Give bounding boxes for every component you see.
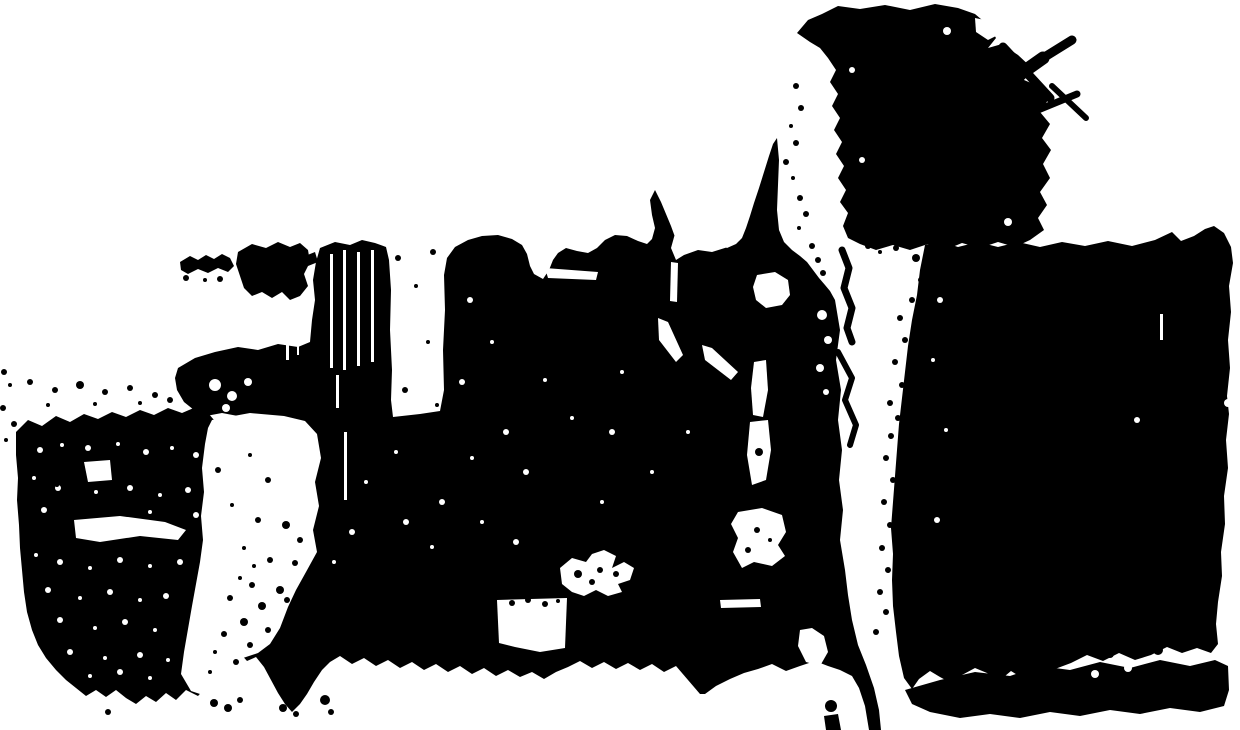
scene-svg: [0, 0, 1240, 730]
sky-dots-dot: [52, 387, 58, 393]
ground-dots-dot: [105, 709, 111, 715]
stripe-slit-3: [357, 252, 360, 366]
channel-right-dots-dot: [902, 337, 908, 343]
panel-specks-dot: [233, 659, 239, 665]
ground-dots-dot: [279, 704, 287, 712]
sky-dots-dot: [127, 385, 133, 391]
margin-dots-dot: [11, 421, 17, 427]
cluster-dots-dot: [509, 600, 515, 606]
shrub-holes-dot: [117, 557, 123, 563]
shrub-holes-dot: [103, 656, 107, 660]
shrub-holes-dot: [41, 507, 47, 513]
panel-specks-dot: [215, 467, 221, 473]
shrub-notch-hole: [84, 460, 112, 482]
right-building-mass: [891, 226, 1233, 689]
panel-specks-dot: [248, 453, 252, 457]
sky-dots-dot: [27, 379, 33, 385]
shrub-holes-dot: [57, 559, 63, 565]
channel-upper-dots-dot: [797, 195, 803, 201]
ground-dots-dot: [237, 697, 243, 703]
margin-dots-dot: [4, 438, 8, 442]
channel-right-dots-dot: [883, 609, 889, 615]
gap-dots-dot: [414, 284, 418, 288]
mass-holes-dot: [244, 378, 252, 386]
panel-specks-dot: [252, 564, 256, 568]
ground-dots-dot: [320, 695, 330, 705]
shrub-holes-dot: [153, 628, 157, 632]
channel-right-dots-dot: [890, 477, 896, 483]
panel-specks-dot: [276, 586, 284, 594]
building-holes-dot: [934, 517, 940, 523]
gap-dots-dot: [395, 255, 401, 261]
panel-specks-dot: [242, 546, 246, 550]
sky-dots-dot: [76, 381, 84, 389]
sky-dots-dot: [46, 403, 50, 407]
pole-gap-cluster: [731, 508, 786, 568]
binarized-photo-stage: [0, 0, 1240, 730]
sky-dots-dot: [152, 392, 158, 398]
margin-dots-dot: [8, 383, 12, 387]
margin-dots-dot: [0, 405, 6, 411]
panel-specks-dot: [238, 576, 242, 580]
panel-specks-dot: [265, 627, 271, 633]
cluster-dots-dot: [542, 601, 548, 607]
mass-holes-dot: [490, 340, 494, 344]
building-slit: [1160, 314, 1163, 340]
gap-dots-dot: [430, 249, 436, 255]
channel-right-dots-dot: [909, 297, 915, 303]
panel-specks-dot: [258, 602, 266, 610]
channel-right-dots-dot: [883, 455, 889, 461]
cluster-dots-dot: [613, 571, 619, 577]
panel-specks-dot: [213, 650, 217, 654]
panel-specks-dot: [265, 477, 271, 483]
panel-specks-dot: [255, 517, 261, 523]
panel-specks-dot: [230, 503, 234, 507]
mass-holes-dot: [430, 545, 434, 549]
channel-right-dots-dot: [895, 415, 901, 421]
panel-specks-dot: [249, 582, 255, 588]
channel-upper-dots-dot: [793, 140, 799, 146]
shrub-holes-dot: [93, 626, 97, 630]
channel-right-dots-dot: [879, 545, 885, 551]
sky-dots-dot: [93, 402, 97, 406]
shrub-holes-dot: [148, 510, 152, 514]
shrub-holes-dot: [116, 442, 120, 446]
shrub-holes-dot: [78, 596, 82, 600]
channel-upper-dots-dot: [798, 105, 804, 111]
channel-right-dots-dot: [887, 522, 893, 528]
shrub-holes-dot: [37, 447, 43, 453]
shrub-holes-dot: [45, 587, 51, 593]
sky-dots-dot: [217, 276, 223, 282]
panel-specks-dot: [284, 597, 290, 603]
mass-holes-dot: [349, 529, 355, 535]
ground-dots-dot: [825, 700, 837, 712]
stripe-slit-short: [336, 375, 339, 408]
mass-holes-dot: [570, 416, 574, 420]
mass-holes-dot: [394, 450, 398, 454]
mass-holes-dot: [222, 404, 230, 412]
building-holes-dot: [1134, 417, 1140, 423]
building-holes-dot: [1224, 399, 1232, 407]
mass-holes-dot: [227, 391, 237, 401]
shrub-holes-dot: [88, 566, 92, 570]
channel-upper-dots-dot: [820, 270, 826, 276]
cluster-dots-dot: [768, 538, 772, 542]
mass-holes-dot: [364, 480, 368, 484]
ground-dots-dot: [293, 711, 299, 717]
cluster-dots-dot: [745, 547, 751, 553]
building-holes-dot: [1091, 670, 1099, 678]
mass-holes-dot: [609, 429, 615, 435]
ground-dots-dot: [1106, 650, 1114, 658]
mass-holes-dot: [403, 519, 409, 525]
shrub-holes-dot: [148, 564, 152, 568]
mass-holes-dot: [459, 379, 465, 385]
mass-holes-dot: [513, 539, 519, 545]
cluster-dots-dot: [755, 448, 763, 456]
channel-upper-dots-dot: [809, 243, 815, 249]
channel-right-dots-dot: [881, 499, 887, 505]
shrub-holes-dot: [122, 619, 128, 625]
sky-dots-dot: [167, 397, 173, 403]
bottom-white-patch: [497, 598, 567, 652]
mass-holes-dot: [824, 336, 832, 344]
channel-upper-dots-dot: [791, 176, 795, 180]
cluster-dots-dot: [525, 597, 531, 603]
channel-upper-dots-dot: [789, 124, 793, 128]
mass-holes-dot: [332, 560, 336, 564]
thin-line-hole: [344, 432, 347, 500]
mass-holes-dot: [503, 429, 509, 435]
channel-upper-dots-dot: [783, 159, 789, 165]
mass-holes-dot: [823, 389, 829, 395]
shrub-holes-dot: [88, 674, 92, 678]
shrub-holes-dot: [148, 676, 152, 680]
panel-specks-dot: [221, 631, 227, 637]
mass-holes-dot: [467, 297, 473, 303]
shrub-holes-dot: [57, 617, 63, 623]
channel-right-dots-dot: [888, 433, 894, 439]
sky-dots-dot: [203, 278, 207, 282]
channel-right-dots-dot: [873, 629, 879, 635]
cluster-dots-dot: [574, 570, 582, 578]
shrub-holes-dot: [60, 443, 64, 447]
shrub-holes-dot: [127, 485, 133, 491]
cluster-dots-dot: [597, 567, 603, 573]
channel-right-dots-dot: [912, 254, 920, 262]
mass-holes-dot: [523, 469, 529, 475]
sky-dots-dot: [183, 275, 189, 281]
shrub-holes-dot: [32, 476, 36, 480]
top-structure-holes-dot: [849, 67, 855, 73]
shrub-holes-dot: [138, 598, 142, 602]
cluster-dots-dot: [556, 599, 560, 603]
building-holes-dot: [944, 428, 948, 432]
panel-specks-dot: [297, 537, 303, 543]
shrub-holes-dot: [107, 589, 113, 595]
ground-dots-dot: [210, 699, 218, 707]
mass-holes-dot: [686, 430, 690, 434]
building-holes-dot: [1124, 664, 1132, 672]
low-sliver: [720, 599, 761, 608]
mass-holes-dot: [470, 456, 474, 460]
shrub-holes-dot: [85, 445, 91, 451]
mass-holes-dot: [620, 370, 624, 374]
mass-holes-dot: [816, 364, 824, 372]
mass-holes-dot: [543, 378, 547, 382]
channel-right-dots-dot: [899, 382, 905, 388]
top-structure-holes-dot: [859, 157, 865, 163]
panel-specks-dot: [267, 557, 273, 563]
sky-dots-dot: [102, 389, 108, 395]
channel-right-dots-dot: [865, 243, 871, 249]
channel-right-dots-dot: [877, 589, 883, 595]
ground-dots-dot: [328, 709, 334, 715]
channel-right-dots-dot: [887, 400, 893, 406]
panel-specks-dot: [208, 670, 212, 674]
sliver-vertical: [670, 262, 678, 302]
channel-right-dots-dot: [885, 567, 891, 573]
channel-right-dots-dot: [893, 245, 899, 251]
channel-upper-dots-dot: [793, 83, 799, 89]
channel-upper-dots-dot: [803, 211, 809, 217]
shrub-holes-dot: [185, 487, 191, 493]
shrub-holes-dot: [143, 449, 149, 455]
panel-specks-dot: [282, 521, 290, 529]
sky-dots-dot: [138, 401, 142, 405]
stripe-slit-2: [343, 250, 346, 370]
shrub-holes-dot: [158, 493, 162, 497]
gap-dots-dot: [435, 403, 439, 407]
mass-holes-dot: [480, 520, 484, 524]
building-holes-dot: [931, 358, 935, 362]
mass-holes-dot: [439, 499, 445, 505]
gap-dots-dot: [426, 340, 430, 344]
shrub-holes-dot: [163, 593, 169, 599]
panel-specks-dot: [240, 618, 248, 626]
cluster-dots-dot: [589, 579, 595, 585]
shrub-holes-dot: [67, 649, 73, 655]
channel-upper-dots-dot: [797, 226, 801, 230]
cluster-dots-dot: [754, 527, 760, 533]
shrub-holes-dot: [137, 652, 143, 658]
top-structure-holes-dot: [943, 27, 951, 35]
top-structure-holes-dot: [1004, 218, 1012, 226]
building-holes-dot: [937, 297, 943, 303]
ground-dots-dot: [1153, 645, 1163, 655]
left-slit-2: [297, 300, 299, 355]
stripe-slit-1: [330, 254, 333, 368]
channel-upper-dots-dot: [815, 257, 821, 263]
mass-holes-dot: [600, 500, 604, 504]
shrub-holes-dot: [34, 553, 38, 557]
shrub-holes-dot: [94, 490, 98, 494]
channel-right-dots-dot: [918, 277, 924, 283]
shrub-holes-dot: [170, 446, 174, 450]
gap-dots-dot: [402, 387, 408, 393]
shrub-holes-dot: [193, 512, 199, 518]
channel-right-dots-dot: [897, 315, 903, 321]
shrub-holes-dot: [177, 559, 183, 565]
mass-holes-dot: [209, 379, 221, 391]
shrub-holes-dot: [166, 658, 170, 662]
margin-dots-dot: [55, 483, 59, 487]
mass-holes-dot: [817, 310, 827, 320]
panel-specks-dot: [247, 642, 253, 648]
mass-holes-dot: [650, 470, 654, 474]
margin-dots-dot: [1, 369, 7, 375]
ground-dots-dot: [224, 704, 232, 712]
stripe-slit-4: [371, 250, 374, 362]
channel-right-dots-dot: [878, 250, 882, 254]
panel-specks-dot: [292, 560, 298, 566]
shrub-holes-dot: [117, 669, 123, 675]
panel-specks-dot: [227, 595, 233, 601]
ground-dots-dot: [949, 685, 955, 691]
shrub-holes-dot: [193, 452, 199, 458]
channel-right-dots-dot: [892, 359, 898, 365]
